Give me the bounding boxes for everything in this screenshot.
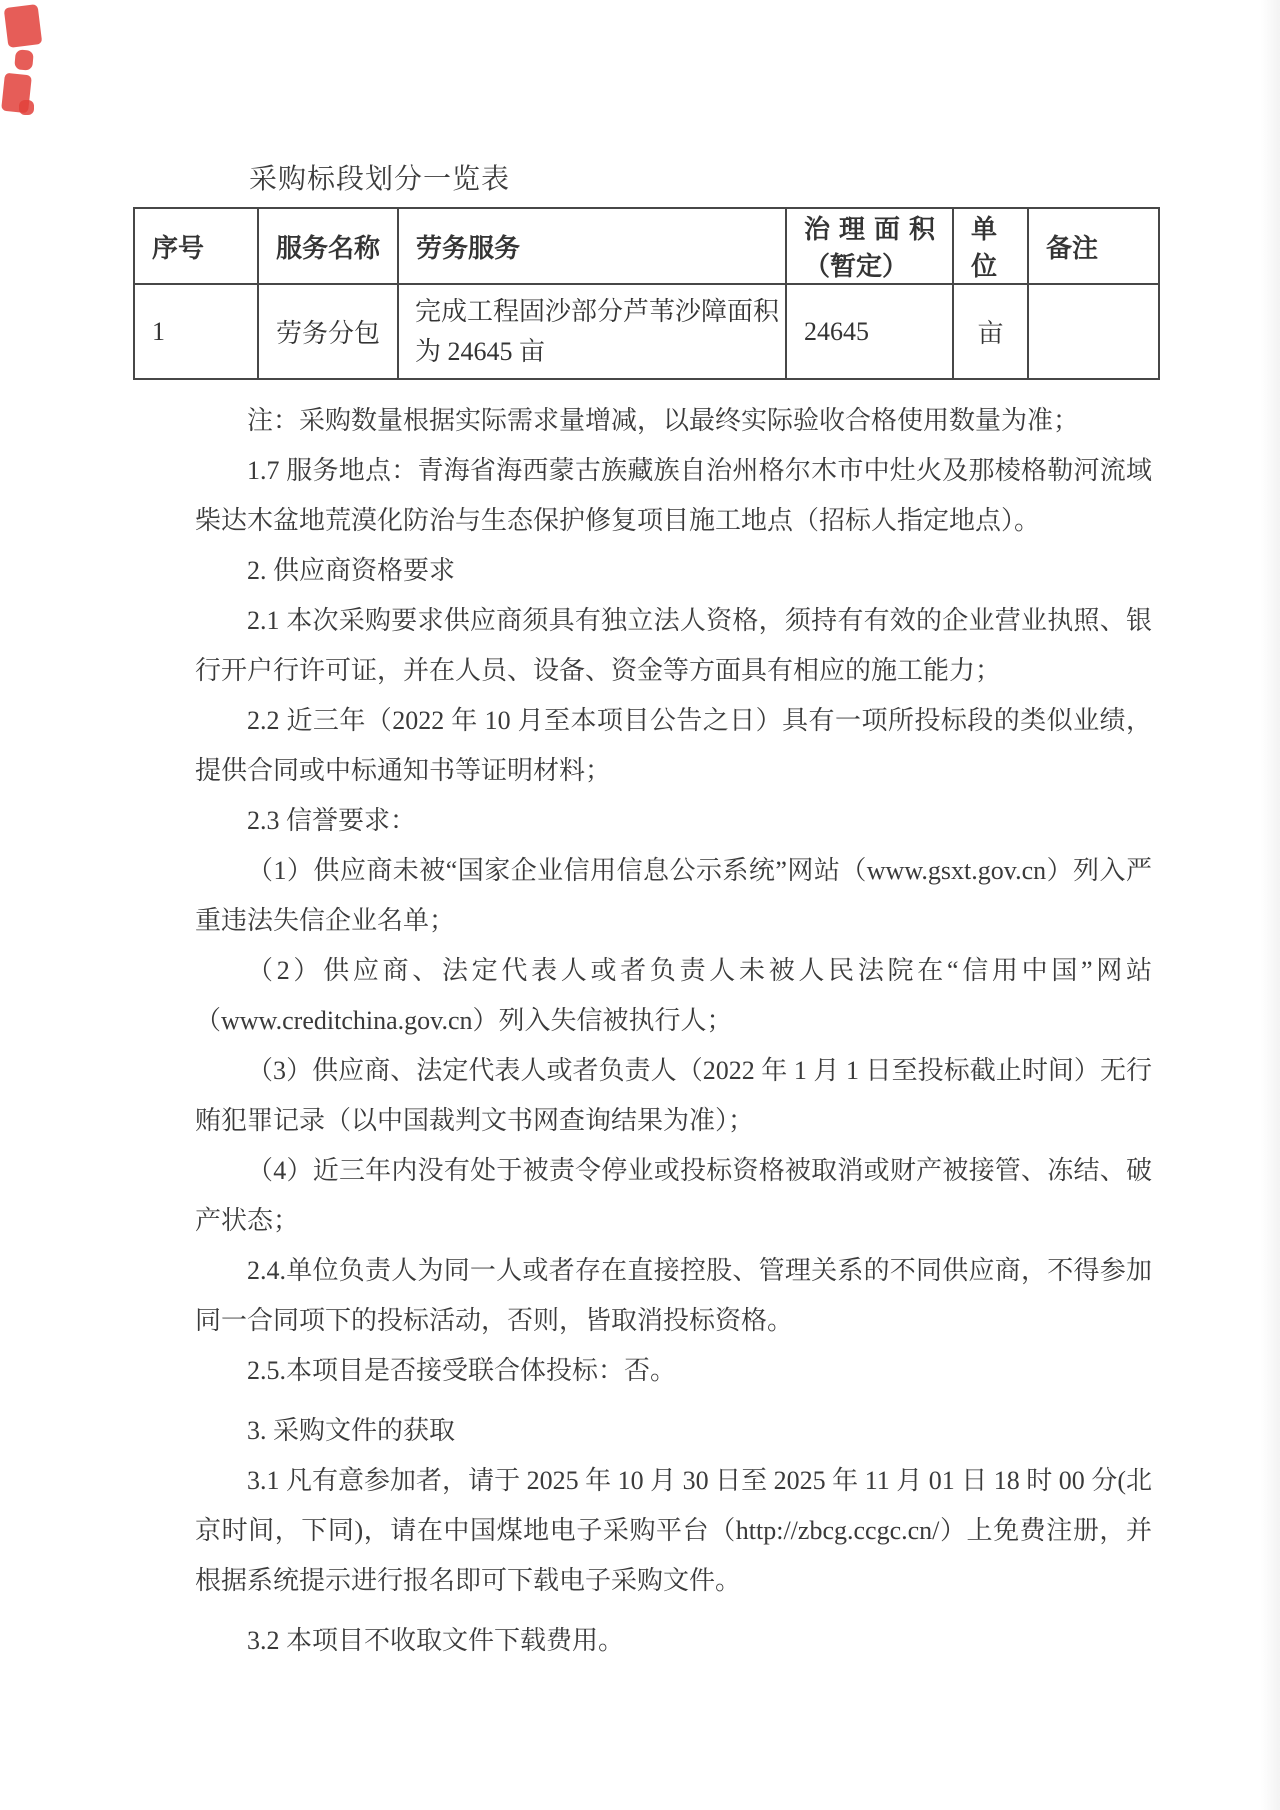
document-body: 注：采购数量根据实际需求量增减，以最终实际验收合格使用数量为准； 1.7 服务地… <box>195 396 1152 1666</box>
paragraph-2: 2. 供应商资格要求 <box>195 546 1152 596</box>
paragraph-item-4: （4）近三年内没有处于被责令停业或投标资格被取消或财产被接管、冻结、破产状态； <box>195 1146 1152 1246</box>
table-cell-remark <box>1028 284 1159 379</box>
paragraph-item-1: （1）供应商未被“国家企业信用信息公示系统”网站（www.gsxt.gov.cn… <box>195 846 1152 946</box>
table-cell-unit: 亩 <box>953 284 1028 379</box>
paragraph-2-1: 2.1 本次采购要求供应商须具有独立法人资格，须持有有效的企业营业执照、银行开户… <box>195 596 1152 696</box>
red-ink-mark <box>4 4 43 48</box>
paragraph-3-2: 3.2 本项目不收取文件下载费用。 <box>195 1616 1152 1666</box>
bid-sections-table: 序号 服务名称 劳务服务 治理面积 （暂定） 单位 备注 1 劳务分包 完成工程… <box>133 207 1160 380</box>
paragraph-2-4: 2.4.单位负责人为同一人或者存在直接控股、管理关系的不同供应商，不得参加同一合… <box>195 1246 1152 1346</box>
table-header-area: 治理面积 （暂定） <box>786 208 953 284</box>
table-header-unit: 单位 <box>953 208 1028 284</box>
paragraph-note: 注：采购数量根据实际需求量增减，以最终实际验收合格使用数量为准； <box>195 396 1152 446</box>
table-cell-labor-service: 完成工程固沙部分芦苇沙障面积为 24645 亩 <box>398 284 786 379</box>
table-cell-service-name: 劳务分包 <box>258 284 398 379</box>
page-title: 采购标段划分一览表 <box>0 0 1280 197</box>
paragraph-1-7: 1.7 服务地点：青海省海西蒙古族藏族自治州格尔木市中灶火及那棱格勒河流域柴达木… <box>195 446 1152 546</box>
table-cell-index: 1 <box>134 284 258 379</box>
table-header-remark: 备注 <box>1028 208 1159 284</box>
table-header-area-line1: 治理面积 <box>804 209 946 246</box>
table-row: 1 劳务分包 完成工程固沙部分芦苇沙障面积为 24645 亩 24645 亩 <box>134 284 1159 379</box>
paragraph-item-3: （3）供应商、法定代表人或者负责人（2022 年 1 月 1 日至投标截止时间）… <box>195 1046 1152 1146</box>
paragraph-2-3: 2.3 信誉要求： <box>195 796 1152 846</box>
table-cell-area: 24645 <box>786 284 953 379</box>
paragraph-2-2: 2.2 近三年（2022 年 10 月至本项目公告之日）具有一项所投标段的类似业… <box>195 696 1152 796</box>
table-header-index: 序号 <box>134 208 258 284</box>
table-header-row: 序号 服务名称 劳务服务 治理面积 （暂定） 单位 备注 <box>134 208 1159 284</box>
red-ink-mark <box>19 100 34 115</box>
scanned-document-page: 采购标段划分一览表 序号 服务名称 劳务服务 治理面积 （暂定） 单位 备注 1… <box>0 0 1280 1810</box>
table-header-service-name: 服务名称 <box>258 208 398 284</box>
table-header-labor-service: 劳务服务 <box>398 208 786 284</box>
paragraph-2-5: 2.5.本项目是否接受联合体投标：否。 <box>195 1346 1152 1396</box>
paragraph-item-2: （2）供应商、法定代表人或者负责人未被人民法院在“信用中国”网站（www.cre… <box>195 946 1152 1046</box>
paragraph-3-1: 3.1 凡有意参加者，请于 2025 年 10 月 30 日至 2025 年 1… <box>195 1456 1152 1606</box>
red-ink-mark <box>14 49 34 70</box>
paragraph-3: 3. 采购文件的获取 <box>195 1406 1152 1456</box>
table-header-area-line2: （暂定） <box>804 246 946 283</box>
